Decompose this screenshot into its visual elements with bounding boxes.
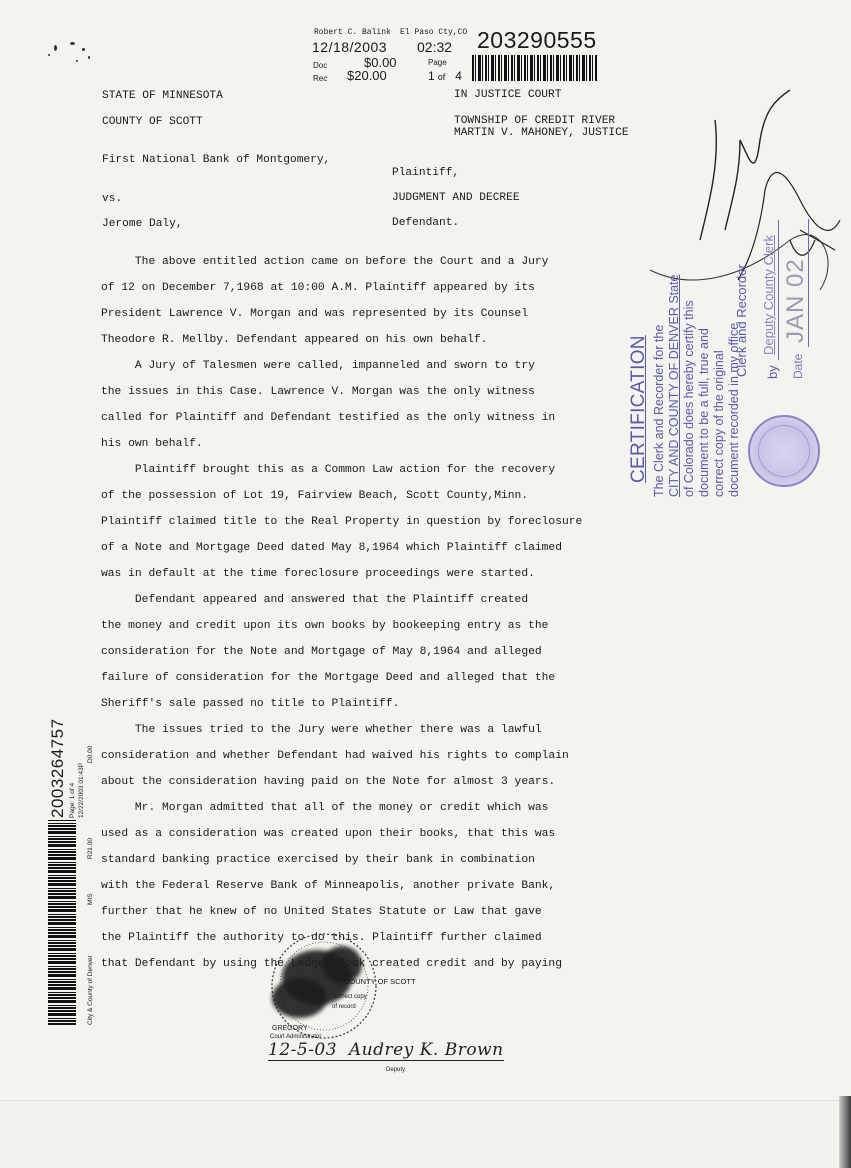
certification-line: correct copy of the original xyxy=(712,350,726,497)
body-line: about the consideration having paid on t… xyxy=(101,777,555,788)
body-line: his own behalf. xyxy=(101,439,203,450)
body-line: used as a consideration was created upon… xyxy=(101,829,555,840)
recording-time: 02:32 xyxy=(417,39,452,55)
by-role: Deputy County Clerk xyxy=(761,235,776,355)
body-line: The above entitled action came on before… xyxy=(101,257,548,268)
signature-line xyxy=(778,220,779,360)
scanner-margin xyxy=(0,1100,851,1168)
versus: vs. xyxy=(102,194,122,205)
body-line: the money and credit upon its own books … xyxy=(101,621,548,632)
certification-line: The Clerk and Recorder for the xyxy=(652,325,666,497)
caption-state: STATE OF MINNESOTA xyxy=(102,91,223,102)
rec-fee-label: Rec xyxy=(313,74,327,83)
by-label: by xyxy=(765,365,780,379)
body-line: Plaintiff claimed title to the Real Prop… xyxy=(101,517,582,528)
date-label: Date xyxy=(791,354,805,379)
scanner-edge xyxy=(839,1096,851,1168)
body-line: called for Plaintiff and Defendant testi… xyxy=(101,413,555,424)
body-line: consideration for the Note and Mortgage … xyxy=(101,647,542,658)
page-count: 1of4 xyxy=(428,69,462,83)
body-line: standard banking practice exercised by t… xyxy=(101,855,535,866)
vertical-code: MIS xyxy=(87,893,94,905)
recorder-name: Robert C. Balink xyxy=(314,28,391,37)
caption-court: IN JUSTICE COURT xyxy=(454,90,561,101)
plaintiff-role: Plaintiff, xyxy=(392,168,459,179)
caption-justice: MARTIN V. MAHONEY, JUSTICE xyxy=(454,128,629,139)
document-title: JUDGMENT AND DECREE xyxy=(392,193,520,204)
signer-title: Clerk and Recorder xyxy=(734,264,749,377)
body-line: with the Federal Reserve Bank of Minneap… xyxy=(101,881,555,892)
body-line: consideration and whether Defendant had … xyxy=(101,751,569,762)
body-line: Plaintiff brought this as a Common Law a… xyxy=(101,465,555,476)
vertical-fee2: D0.00 xyxy=(87,746,94,763)
deputy-label: Deputy xyxy=(386,1067,405,1073)
seal-clerk-name: GREGORY xyxy=(272,1025,308,1032)
body-line: Sheriff's sale passed no title to Plaint… xyxy=(101,699,399,710)
denver-seal-icon xyxy=(748,415,820,487)
body-line: President Lawrence V. Morgan and was rep… xyxy=(101,309,528,320)
vertical-document-number: 2003264757 xyxy=(48,718,68,818)
body-line: of a Note and Mortgage Deed dated May 8,… xyxy=(101,543,562,554)
body-line: further that he knew of no United States… xyxy=(101,907,542,918)
defendant-role: Defendant. xyxy=(392,218,459,229)
body-line: Theodore R. Mellby. Defendant appeared o… xyxy=(101,335,487,346)
certification-line: of Colorado does hereby certify this xyxy=(682,300,696,497)
body-line: Mr. Morgan admitted that all of the mone… xyxy=(101,803,548,814)
date-stamp: JAN 02 xyxy=(782,258,810,343)
vertical-datetime: 12/22/2003 01:43P xyxy=(78,763,85,818)
court-seal: COUNTY OF SCOTT correct copy of record G… xyxy=(262,928,402,1058)
body-line: was in default at the time foreclosure p… xyxy=(101,569,535,580)
vertical-pages: Page: 1 of 4 xyxy=(69,783,76,818)
recording-county: El Paso Cty,CO xyxy=(400,28,467,37)
page-label: Page xyxy=(428,58,447,67)
recording-label: Robert C. Balink El Paso Cty,CO 12/18/20… xyxy=(312,27,612,85)
doc-fee-label: Doc xyxy=(313,61,327,70)
barcode-icon xyxy=(48,820,76,1025)
caption-county: COUNTY OF SCOTT xyxy=(102,117,203,128)
certification-title: CERTIFICATION xyxy=(628,335,650,483)
deputy-signature: 12-5-03 Audrey K. Brown xyxy=(268,1040,504,1061)
recording-date: 12/18/2003 xyxy=(312,39,387,55)
barcode-icon xyxy=(472,55,597,81)
scan-specks xyxy=(40,40,100,70)
vertical-recording-label: 2003264757 Page: 1 of 4 12/22/2003 01:43… xyxy=(48,725,100,1025)
vertical-fee1: R21.00 xyxy=(87,838,94,859)
certification-line: document to be a full, true and xyxy=(697,328,711,497)
recording-document-number: 203290555 xyxy=(477,27,597,54)
certification-line: CITY AND COUNTY OF DENVER State xyxy=(667,274,681,497)
document-page: Robert C. Balink El Paso Cty,CO 12/18/20… xyxy=(0,0,851,1100)
body-line: Defendant appeared and answered that the… xyxy=(101,595,528,606)
seal-line2: correct copy xyxy=(334,994,367,1000)
seal-line3: of record xyxy=(332,1004,356,1010)
body-line: of 12 on December 7,1968 at 10:00 A.M. P… xyxy=(101,283,535,294)
caption-township: TOWNSHIP OF CREDIT RIVER xyxy=(454,116,615,127)
body-line: of the possession of Lot 19, Fairview Be… xyxy=(101,491,528,502)
seal-county: COUNTY OF SCOTT xyxy=(344,977,416,986)
body-line: the issues in this Case. Lawrence V. Mor… xyxy=(101,387,535,398)
vertical-issuer: City & County of Denver xyxy=(87,955,94,1025)
body-line: A Jury of Talesmen were called, impannel… xyxy=(101,361,535,372)
plaintiff-name: First National Bank of Montgomery, xyxy=(102,155,330,166)
body-line: failure of consideration for the Mortgag… xyxy=(101,673,555,684)
rec-fee-value: $20.00 xyxy=(347,68,387,83)
defendant-name: Jerome Daly, xyxy=(102,219,183,230)
body-line: The issues tried to the Jury were whethe… xyxy=(101,725,542,736)
